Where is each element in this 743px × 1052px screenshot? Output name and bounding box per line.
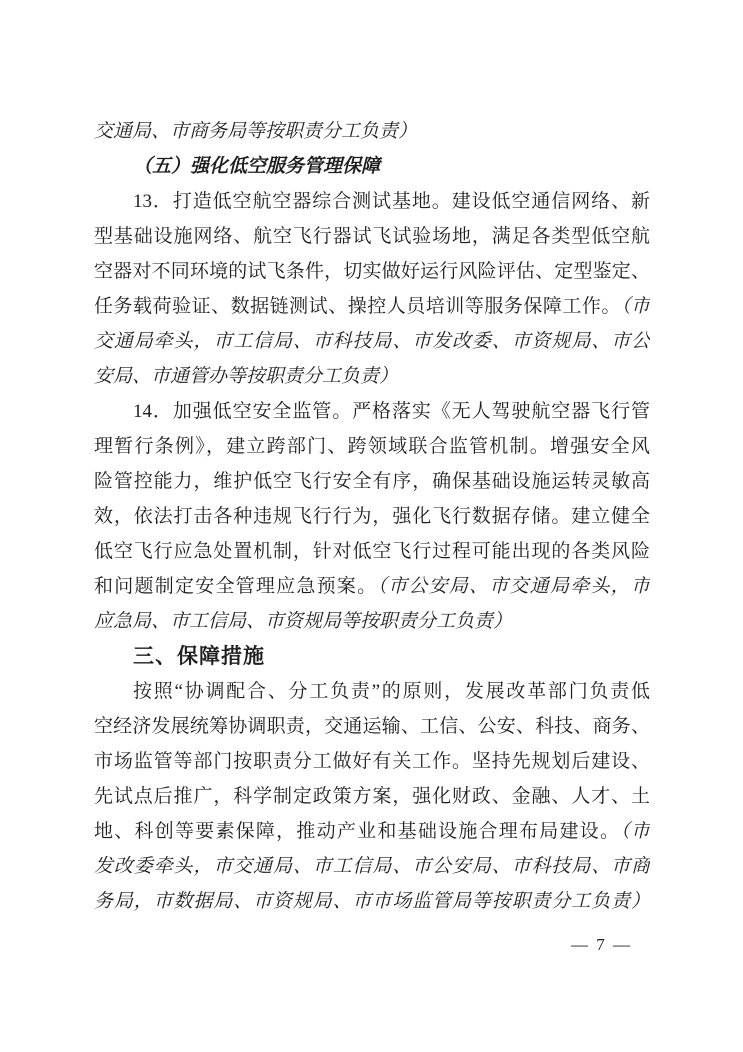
text-segment: 按照“协调配合、分工负责”的原则，发展改革部门负责低	[133, 681, 650, 702]
text-segment: 应急局、市工信局、市资规局等按职责分工负责）	[94, 611, 512, 632]
text-segment: 交通局、市商务局等按职责分工负责）	[94, 121, 417, 142]
text-segment: （市公安局、市交通局牵头，市	[377, 576, 650, 597]
item-14-line-6: 和问题制定安全管理应急预案。（市公安局、市交通局牵头，市	[94, 569, 650, 604]
text-segment: 13．打造低空航空器综合测试基地。建设低空通信网络、新	[133, 191, 650, 212]
guarantee-para-line-4: 先试点后推广，科学制定政策方案，强化财政、金融、人才、土	[94, 779, 650, 814]
document-page: 交通局、市商务局等按职责分工负责）（五）强化低空服务管理保障13．打造低空航空器…	[0, 0, 743, 1052]
text-segment: 和问题制定安全管理应急预案。	[94, 576, 377, 597]
text-segment: 14．加强低空安全监管。严格落实《无人驾驶航空器飞行管	[133, 401, 650, 422]
guarantee-para-line-3: 市场监管等部门按职责分工做好有关工作。坚持先规划后建设、	[94, 744, 650, 779]
document-text: 交通局、市商务局等按职责分工负责）（五）强化低空服务管理保障13．打造低空航空器…	[94, 114, 650, 919]
page-number: — 7 —	[571, 934, 632, 956]
text-segment: （市	[620, 821, 650, 842]
text-segment: 理暂行条例》，建立跨部门、跨领域联合监管机制。增强安全风	[94, 436, 650, 457]
guarantee-para-line-6: 发改委牵头，市交通局、市工信局、市公安局、市科技局、市商	[94, 849, 650, 884]
item-14-line-7: 应急局、市工信局、市资规局等按职责分工负责）	[94, 604, 650, 639]
text-segment: 空器对不同环境的试飞条件，切实做好运行风险评估、定型鉴定、	[94, 261, 650, 282]
text-segment: （市	[621, 296, 650, 317]
item-14-line-1: 14．加强低空安全监管。严格落实《无人驾驶航空器飞行管	[94, 394, 650, 429]
guarantee-para-line-1: 按照“协调配合、分工负责”的原则，发展改革部门负责低	[94, 674, 650, 709]
text-segment: 三、保障措施	[133, 645, 265, 668]
text-segment: 空经济发展统筹协调职责，交通运输、工信、公安、科技、商务、	[94, 716, 650, 737]
text-segment: 交通局牵头，市工信局、市科技局、市发改委、市资规局、市公	[94, 331, 650, 352]
guarantee-para-line-2: 空经济发展统筹协调职责，交通运输、工信、公安、科技、商务、	[94, 709, 650, 744]
heading-section-3: 三、保障措施	[94, 639, 650, 674]
item-13-line-2: 型基础设施网络、航空飞行器试飞试验场地，满足各类型低空航	[94, 219, 650, 254]
item-13-line-3: 空器对不同环境的试飞条件，切实做好运行风险评估、定型鉴定、	[94, 254, 650, 289]
item-13-line-1: 13．打造低空航空器综合测试基地。建设低空通信网络、新	[94, 184, 650, 219]
item-14-line-2: 理暂行条例》，建立跨部门、跨领域联合监管机制。增强安全风	[94, 429, 650, 464]
heading-section-5: （五）强化低空服务管理保障	[94, 149, 650, 184]
para-12-continuation: 交通局、市商务局等按职责分工负责）	[94, 114, 650, 149]
item-14-line-3: 险管控能力，维护低空飞行安全有序，确保基础设施运转灵敏高	[94, 464, 650, 499]
text-segment: 先试点后推广，科学制定政策方案，强化财政、金融、人才、土	[94, 786, 650, 807]
text-segment: 任务载荷验证、数据链测试、操控人员培训等服务保障工作。	[94, 296, 621, 317]
text-segment: 地、科创等要素保障，推动产业和基础设施合理布局建设。	[94, 821, 620, 842]
item-14-line-4: 效，依法打击各种违规飞行行为，强化飞行数据存储。建立健全	[94, 499, 650, 534]
text-segment: 效，依法打击各种违规飞行行为，强化飞行数据存储。建立健全	[94, 506, 650, 527]
text-segment: 市场监管等部门按职责分工做好有关工作。坚持先规划后建设、	[94, 751, 650, 772]
guarantee-para-line-7: 务局，市数据局、市资规局、市市场监管局等按职责分工负责）	[94, 884, 650, 919]
item-14-line-5: 低空飞行应急处置机制，针对低空飞行过程可能出现的各类风险	[94, 534, 650, 569]
text-segment: （五）强化低空服务管理保障	[133, 156, 380, 177]
text-segment: 发改委牵头，市交通局、市工信局、市公安局、市科技局、市商	[94, 856, 650, 877]
guarantee-para-line-5: 地、科创等要素保障，推动产业和基础设施合理布局建设。（市	[94, 814, 650, 849]
text-segment: 安局、市通管办等按职责分工负责）	[94, 366, 398, 387]
text-segment: 低空飞行应急处置机制，针对低空飞行过程可能出现的各类风险	[94, 541, 650, 562]
item-13-line-4: 任务载荷验证、数据链测试、操控人员培训等服务保障工作。（市	[94, 289, 650, 324]
text-segment: 险管控能力，维护低空飞行安全有序，确保基础设施运转灵敏高	[94, 471, 650, 492]
item-13-line-6: 安局、市通管办等按职责分工负责）	[94, 359, 650, 394]
text-segment: 型基础设施网络、航空飞行器试飞试验场地，满足各类型低空航	[94, 226, 650, 247]
item-13-line-5: 交通局牵头，市工信局、市科技局、市发改委、市资规局、市公	[94, 324, 650, 359]
text-segment: 务局，市数据局、市资规局、市市场监管局等按职责分工负责）	[94, 891, 650, 912]
